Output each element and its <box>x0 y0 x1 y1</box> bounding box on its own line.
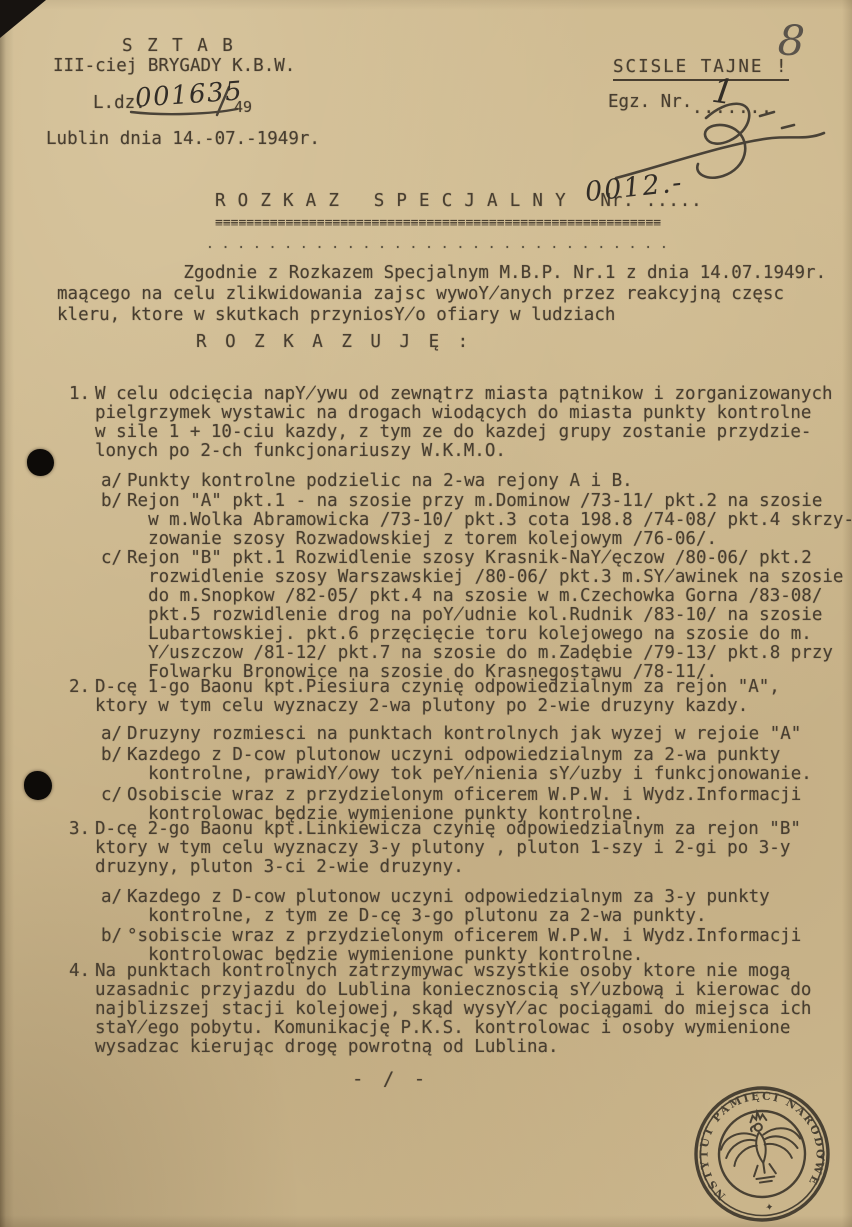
title-double-rule: ========================================… <box>215 218 661 228</box>
place-date: Lublin dnia 14.-07.-1949r. <box>46 130 320 149</box>
item-number: 3. <box>69 820 95 877</box>
stamp-text: INSTYTUT PAMIĘCI NARODOWEJ <box>689 1081 832 1204</box>
ipn-stamp: INSTYTUT PAMIĘCI NARODOWEJ ✦ <box>686 1078 838 1227</box>
subitem-text: Rejon "B" pkt.1 Rozwidlenie szosy Krasni… <box>127 549 843 682</box>
stamp-separator-star: ✦ <box>765 1202 775 1214</box>
subitem-letter: a/ <box>101 725 127 744</box>
pencil-page-number: 8 <box>777 15 806 65</box>
order-item-3b: b/ °sobiscie wraz z przydzielonym oficer… <box>101 927 801 965</box>
item-text: W celu odcięcia napY̸ywu od zewnątrz mia… <box>95 385 833 461</box>
item-text: D-cę 2-go Baonu kpt.Linkiewicza czynię o… <box>95 820 801 877</box>
brigade-line: III-ciej BRYGADY K.B.W. <box>53 57 295 76</box>
order-item-2a: a/ Druzyny rozmiesci na punktach kontrol… <box>101 725 801 744</box>
subitem-letter: b/ <box>101 492 127 549</box>
subitem-text: Kazdego z D-cow plutonow uczyni odpowied… <box>127 888 770 926</box>
order-item-1: 1. W celu odcięcia napY̸ywu od zewnątrz … <box>69 385 833 461</box>
reference-year: 49 <box>234 98 252 117</box>
subitem-letter: a/ <box>101 888 127 926</box>
hole-punch-top <box>27 449 54 476</box>
order-item-2: 2. D-cę 1-go Baonu kpt.Piesiura czynię o… <box>69 678 780 716</box>
order-word: R O Z K A Z U J Ę : <box>196 333 472 352</box>
stamp-middle-ring <box>693 1085 832 1224</box>
item-number: 1. <box>69 385 95 461</box>
item-text: Na punktach kontrolnych zatrzymywac wszy… <box>95 962 811 1057</box>
order-item-1c: c/ Rejon "B" pkt.1 Rozwidlenie szosy Kra… <box>101 549 843 682</box>
document-page: S Z T A B III-ciej BRYGADY K.B.W. L.dz. … <box>0 0 852 1227</box>
order-item-3: 3. D-cę 2-go Baonu kpt.Linkiewicza czyni… <box>69 820 801 877</box>
title-dotted-rule: . . . . . . . . . . . . . . . . . . . . … <box>206 240 668 250</box>
eagle-icon <box>717 1107 806 1187</box>
subitem-text: Druzyny rozmiesci na punktach kontrolnyc… <box>127 725 801 744</box>
item-text: D-cę 1-go Baonu kpt.Piesiura czynię odpo… <box>95 678 780 716</box>
item-number: 2. <box>69 678 95 716</box>
corner-shadow <box>0 0 46 38</box>
order-item-4: 4. Na punktach kontrolnych zatrzymywac w… <box>69 962 811 1057</box>
order-item-3a: a/ Kazdego z D-cow plutonow uczyni odpow… <box>101 888 770 926</box>
item-number: 4. <box>69 962 95 1057</box>
footer-page-mark: - / - <box>352 1070 429 1089</box>
hole-punch-bottom <box>24 771 52 800</box>
subitem-letter: b/ <box>101 746 127 784</box>
stamp-text-arc: INSTYTUT PAMIĘCI NARODOWEJ <box>689 1081 832 1204</box>
subitem-letter: c/ <box>101 549 127 682</box>
order-item-2b: b/ Kazdego z D-cow plutonow uczyni odpow… <box>101 746 812 784</box>
preamble: Zgodnie z Rozkazem Specjalnym M.B.P. Nr.… <box>57 263 826 326</box>
subitem-text: Kazdego z D-cow plutonow uczyni odpowied… <box>127 746 812 784</box>
subitem-text: Rejon "A" pkt.1 - na szosie przy m.Domin… <box>127 492 852 549</box>
order-item-1a: a/ Punkty kontrolne podzielic na 2-wa re… <box>101 472 633 491</box>
classification-marking: SCISLE TAJNE ! <box>613 58 789 81</box>
subitem-text: °sobiscie wraz z przydzielonym oficerem … <box>127 927 801 965</box>
subitem-text: Punkty kontrolne podzielic na 2-wa rejon… <box>127 472 633 491</box>
staff-line: S Z T A B <box>122 37 235 56</box>
order-item-1b: b/ Rejon "A" pkt.1 - na szosie przy m.Do… <box>101 492 852 549</box>
subitem-letter: b/ <box>101 927 127 965</box>
subitem-letter: a/ <box>101 472 127 491</box>
